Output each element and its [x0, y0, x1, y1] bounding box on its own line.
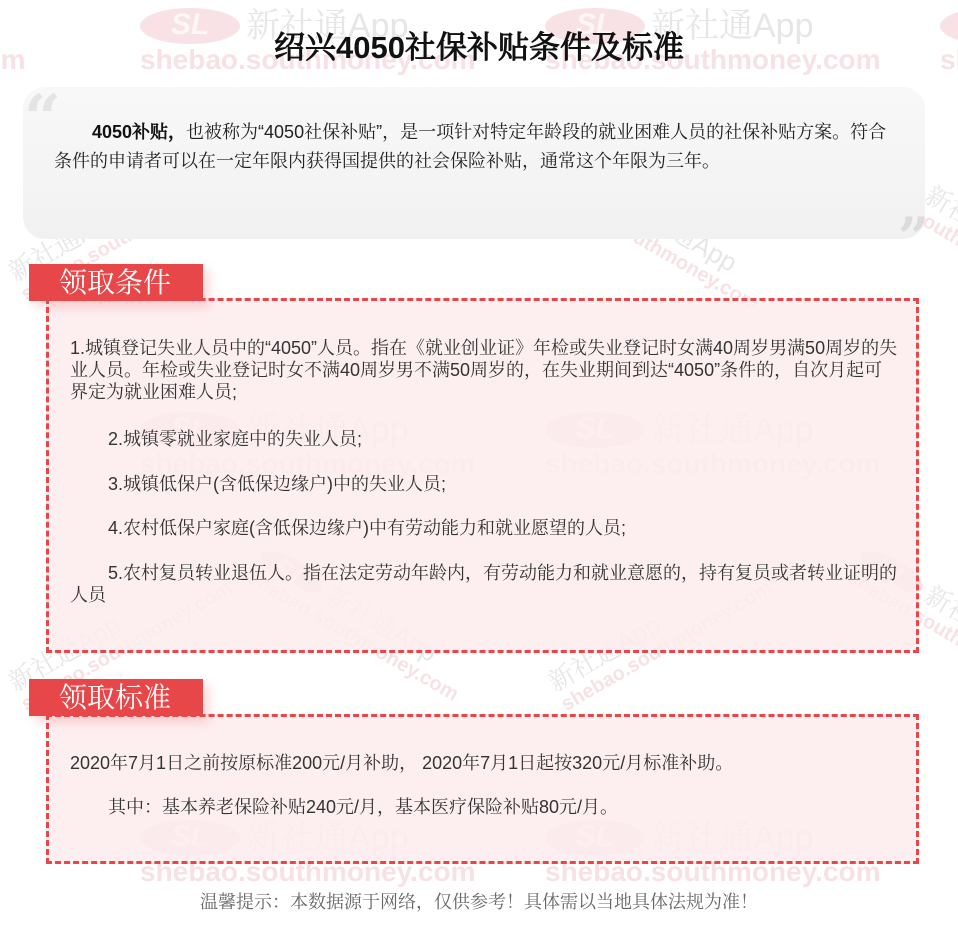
quote-close-icon: ”: [898, 210, 929, 264]
condition-item-2: 2.城镇零就业家庭中的失业人员;: [70, 428, 900, 450]
condition-item-5: 5.农村复员转业退伍人。指在法定劳动年龄内，有劳动能力和就业意愿的，持有复员或者…: [70, 562, 900, 606]
section-header-standards: 领取标准: [29, 679, 203, 716]
section-header-conditions: 领取条件: [29, 264, 203, 301]
condition-item-3: 3.城镇低保户(含低保边缘户)中的失业人员;: [70, 473, 900, 495]
page-title: 绍兴4050社保补贴条件及标准: [0, 22, 958, 67]
section-conditions: 1.城镇登记失业人员中的“4050”人员。指在《就业创业证》年检或失业登记时女满…: [46, 298, 919, 653]
standard-item-1: 2020年7月1日之前按原标准200元/月补助， 2020年7月1日起按320元…: [70, 752, 900, 774]
standard-item-2: 其中：基本养老保险补贴240元/月，基本医疗保险补贴80元/月。: [70, 796, 900, 818]
intro-paragraph: 4050补贴，也被称为“4050社保补贴”，是一项针对特定年龄段的就业困难人员的…: [54, 118, 900, 176]
footer-note: 温馨提示：本数据源于网络，仅供参考！具体需以当地具体法规为准！: [0, 888, 958, 914]
section-standards: 2020年7月1日之前按原标准200元/月补助， 2020年7月1日起按320元…: [46, 714, 919, 864]
condition-item-4: 4.农村低保户家庭(含低保边缘户)中有劳动能力和就业愿望的人员;: [70, 517, 900, 539]
intro-bold-lead: 4050补贴，: [92, 122, 186, 142]
condition-item-1: 1.城镇登记失业人员中的“4050”人员。指在《就业创业证》年检或失业登记时女满…: [70, 337, 900, 403]
